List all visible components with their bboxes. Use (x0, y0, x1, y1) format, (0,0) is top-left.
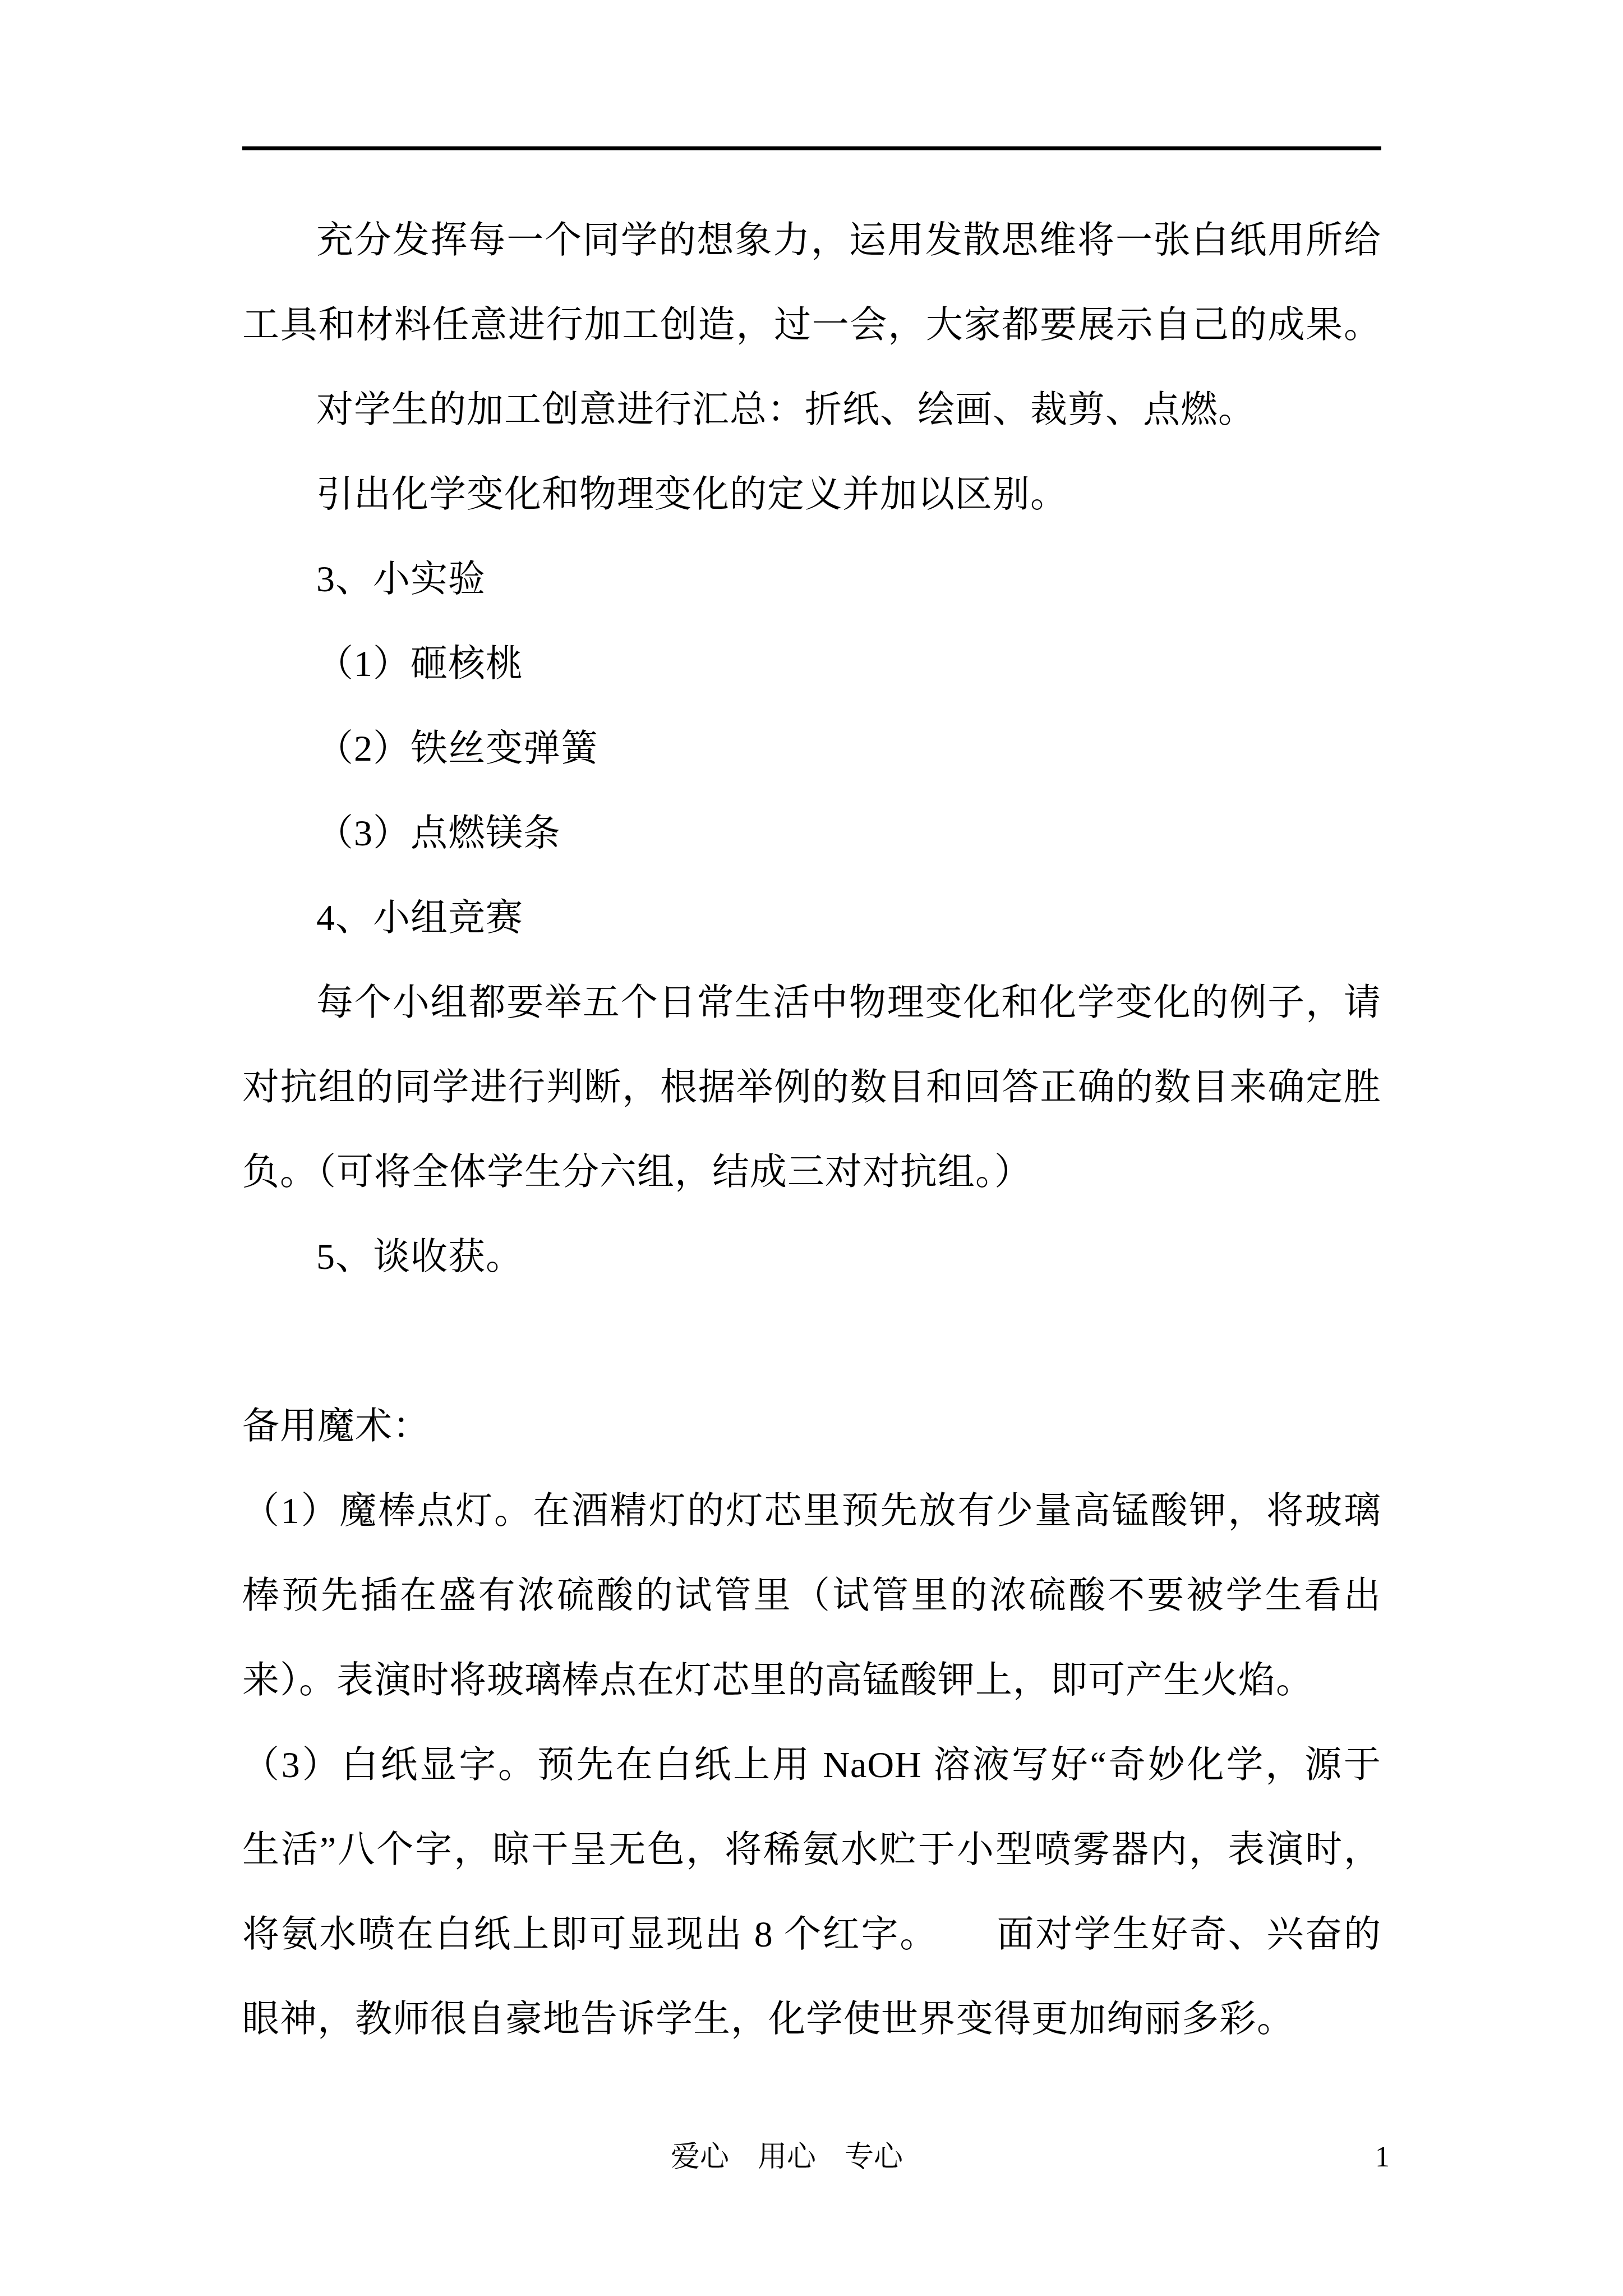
text-line: 眼神，教师很自豪地告诉学生，化学使世界变得更加绚丽多彩。 (242, 1977, 1381, 2062)
header-rule (242, 146, 1381, 150)
text-line: 来）。表演时将玻璃棒点在灯芯里的高锰酸钾上，即可产生火焰。 (242, 1638, 1381, 1723)
text-line: 工具和材料任意进行加工创造，过一会，大家都要展示自己的成果。 (242, 283, 1381, 367)
text-line: 3、小实验 (242, 537, 1381, 622)
text-line: （2）铁丝变弹簧 (242, 706, 1381, 791)
text-line: 备用魔术： (242, 1384, 1381, 1469)
footer-word: 用心 (758, 2141, 816, 2173)
text-line: 引出化学变化和物理变化的定义并加以区别。 (242, 452, 1381, 537)
footer-word: 专心 (845, 2141, 903, 2173)
page-number: 1 (1375, 2129, 1390, 2185)
text-line: 棒预先插在盛有浓硫酸的试管里（试管里的浓硫酸不要被学生看出 (242, 1553, 1381, 1638)
footer-motto: 爱心 用心 专心 (671, 2129, 903, 2185)
text-line: 充分发挥每一个同学的想象力，运用发散思维将一张白纸用所给 (242, 198, 1381, 283)
document-page: 充分发挥每一个同学的想象力，运用发散思维将一张白纸用所给工具和材料任意进行加工创… (0, 0, 1623, 2296)
text-line: 4、小组竞赛 (242, 876, 1381, 960)
blank-line (242, 1299, 1381, 1384)
text-line: （3）白纸显字。预先在白纸上用 NaOH 溶液写好“奇妙化学，源于 (242, 1723, 1381, 1807)
text-line: 生活”八个字，晾干呈无色，将稀氨水贮于小型喷雾器内，表演时， (242, 1807, 1381, 1892)
text-line: 每个小组都要举五个日常生活中物理变化和化学变化的例子，请 (242, 960, 1381, 1045)
text-line: 将氨水喷在白纸上即可显现出 8 个红字。 面对学生好奇、兴奋的 (242, 1892, 1381, 1977)
text-line: （1）魔棒点灯。在酒精灯的灯芯里预先放有少量高锰酸钾，将玻璃 (242, 1469, 1381, 1553)
document-body: 充分发挥每一个同学的想象力，运用发散思维将一张白纸用所给工具和材料任意进行加工创… (242, 198, 1381, 2062)
text-line: （1）砸核桃 (242, 622, 1381, 706)
text-line: 5、谈收获。 (242, 1214, 1381, 1299)
text-line: （3）点燃镁条 (242, 791, 1381, 876)
text-line: 对抗组的同学进行判断，根据举例的数目和回答正确的数目来确定胜 (242, 1045, 1381, 1130)
page-footer: 爱心 用心 专心 1 (0, 2129, 1623, 2191)
text-line: 负。（可将全体学生分六组，结成三对对抗组。） (242, 1130, 1381, 1214)
footer-word: 爱心 (671, 2141, 729, 2173)
text-line: 对学生的加工创意进行汇总：折纸、绘画、裁剪、点燃。 (242, 367, 1381, 452)
